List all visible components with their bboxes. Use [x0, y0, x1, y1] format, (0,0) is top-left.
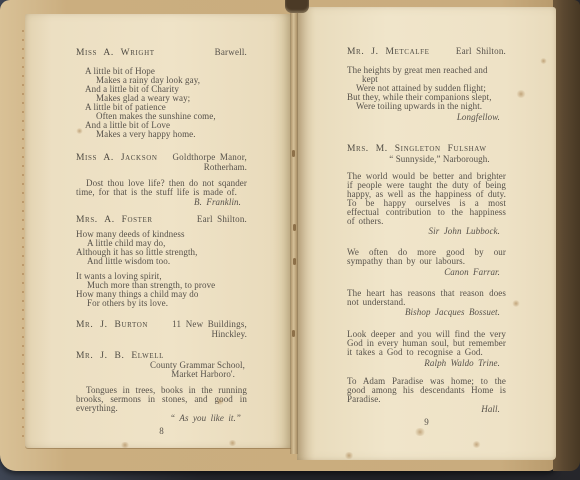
entry-heading-wright: Miss A. Wright Barwell. — [76, 48, 247, 58]
entry-name: Mrs. A. Foster — [76, 216, 153, 225]
age-spot — [472, 441, 481, 448]
poem-line: Were toiling upwards in the night. — [347, 102, 506, 111]
book-cover-edge — [553, 0, 580, 471]
binding-stitch — [293, 224, 296, 231]
age-spot — [344, 452, 354, 459]
entry-place: 11 New Buildings, — [172, 320, 247, 329]
quote-bossuet: The heart has reasons that reason does n… — [347, 289, 506, 307]
entry-name: Miss A. Jackson — [76, 154, 158, 163]
binding-stitch — [292, 330, 295, 337]
age-spot — [228, 440, 237, 446]
age-spot — [516, 90, 526, 98]
entry-place: Barwell. — [215, 48, 247, 57]
poem-wright: A little bit of Hope Makes a rainy day l… — [76, 67, 247, 139]
quote-hall: To Adam Paradise was home; to the good a… — [347, 377, 506, 404]
quote-attribution: B. Franklin. — [76, 198, 247, 207]
entry-heading-metcalfe: Mr. J. Metcalfe Earl Shilton. — [347, 47, 506, 57]
poem-foster-stanza1: How many deeds of kindness A little chil… — [76, 230, 247, 266]
left-page-text-column: Miss A. Wright Barwell. A little bit of … — [76, 48, 247, 436]
age-spot — [414, 428, 426, 436]
entry-name: Mr. J. B. Elwell — [76, 351, 164, 361]
entry-name: Mrs. M. Singleton Fulshaw — [347, 144, 487, 154]
entry-place: Goldthorpe Manor, — [172, 153, 247, 162]
right-page-text-column: Mr. J. Metcalfe Earl Shilton. The height… — [347, 47, 506, 427]
quote-attribution: Bishop Jacques Bossuet. — [347, 308, 506, 317]
poem-line: For others by its love. — [76, 299, 247, 308]
open-book-photo: Miss A. Wright Barwell. A little bit of … — [0, 0, 580, 480]
quote-attribution: Canon Farrar. — [347, 268, 506, 277]
quote-franklin: Dost thou love life? then do not sqander… — [76, 179, 247, 197]
entry-place-line2: Rotherham. — [76, 163, 247, 173]
quote-attribution: Ralph Waldo Trine. — [347, 359, 506, 368]
right-page: Mr. J. Metcalfe Earl Shilton. The height… — [297, 7, 556, 460]
binding-head — [285, 0, 309, 13]
age-spot — [76, 128, 83, 134]
quote-farrar: We often do more good by our sympathy th… — [347, 248, 506, 266]
entry-place: “ Sunnyside,” Narborough. — [347, 155, 506, 164]
entry-place: Earl Shilton. — [197, 215, 247, 224]
entry-heading-foster: Mrs. A. Foster Earl Shilton. — [76, 215, 247, 225]
age-spot — [216, 398, 224, 405]
quote-attribution: Hall. — [347, 405, 506, 414]
quote-attribution: Sir John Lubbock. — [347, 227, 506, 236]
poem-line: And little wisdom too. — [76, 257, 247, 266]
entry-place: Earl Shilton. — [456, 47, 506, 56]
quote-trine: Look deeper and you will find the very G… — [347, 330, 506, 357]
left-page: Miss A. Wright Barwell. A little bit of … — [25, 14, 291, 448]
age-spot — [120, 442, 130, 448]
entry-name: Miss A. Wright — [76, 49, 155, 58]
page-number-right: 9 — [347, 418, 506, 427]
binding-stitch — [293, 258, 296, 265]
poem-metcalfe: The heights by great men reached and kep… — [347, 66, 506, 111]
entry-heading-elwell: Mr. J. B. Elwell — [76, 351, 247, 361]
entry-heading-fulshaw: Mrs. M. Singleton Fulshaw — [347, 144, 506, 154]
age-spot — [512, 300, 520, 307]
quote-lubbock: The world would be better and brighter i… — [347, 172, 506, 226]
entry-name: Mr. J. Metcalfe — [347, 48, 429, 57]
entry-place-line2: Market Harboro'. — [76, 370, 247, 380]
poem-line: Makes a very happy home. — [85, 130, 247, 139]
binding-stitch — [292, 150, 295, 157]
entry-place-line2: Hinckley. — [76, 330, 247, 340]
quote-attribution: Longfellow. — [347, 113, 506, 122]
poem-foster-stanza2: It wants a loving spirit, Much more than… — [76, 272, 247, 308]
quote-attribution: “ As you like it.” — [76, 414, 247, 423]
page-edge-foxing — [22, 30, 24, 440]
age-spot — [540, 58, 547, 64]
entry-name: Mr. J. Burton — [76, 321, 148, 330]
page-number-left: 8 — [76, 427, 247, 436]
